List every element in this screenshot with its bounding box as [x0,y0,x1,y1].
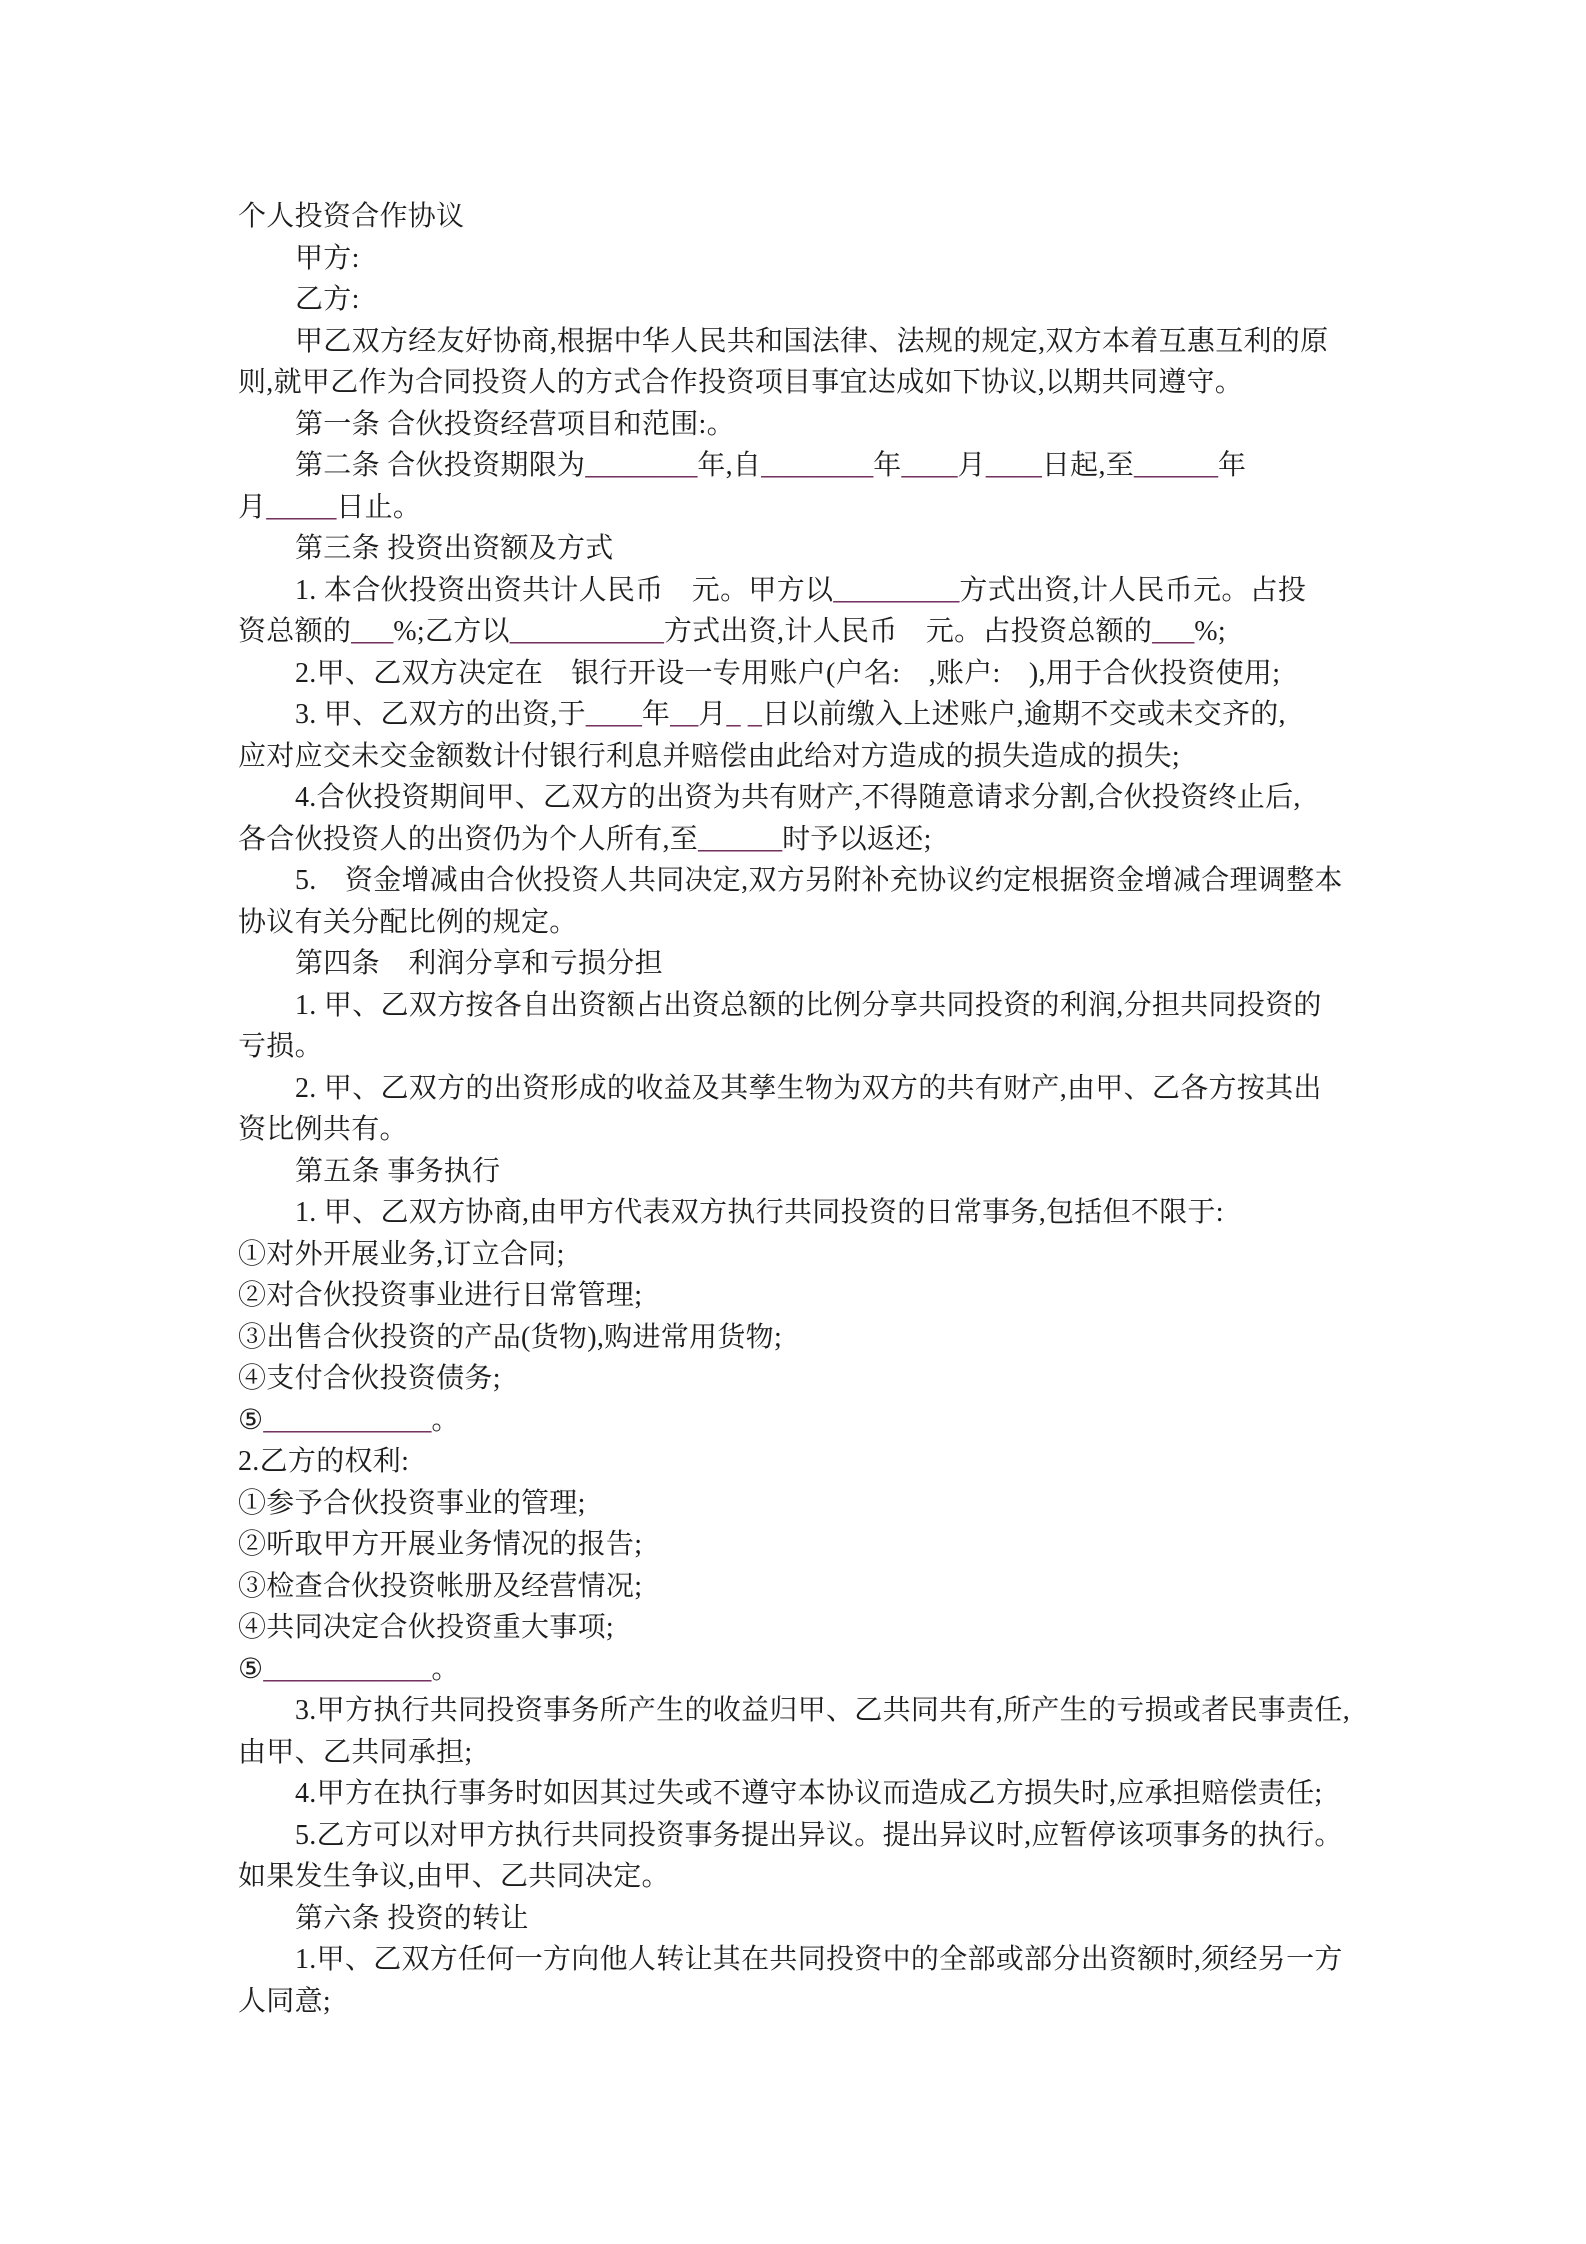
document-line: 2.乙方的权利: [238,1441,1353,1483]
fill-in-blank: ____ [586,699,642,730]
document-line: 3.甲方执行共同投资事务所产生的收益归甲、乙共同共有,所产生的亏损或者民事责任, [238,1690,1353,1732]
document-line: ①对外开展业务,订立合同; [238,1234,1353,1276]
document-line: 资比例共有。 [238,1109,1353,1151]
document-line: 第三条 投资出资额及方式 [238,528,1353,570]
document-line: ⑤____________。 [238,1400,1353,1442]
fill-in-blank: ___________ [510,616,664,647]
document-line: 第五条 事务执行 [238,1151,1353,1193]
contract-document: 个人投资合作协议甲方:乙方:甲乙双方经友好协商,根据中华人民共和国法律、法规的规… [238,196,1353,2022]
document-line: ④支付合伙投资债务; [238,1358,1353,1400]
document-line: 1.甲、乙双方任何一方向他人转让其在共同投资中的全部或部分出资额时,须经另一方 [238,1939,1353,1981]
document-line: 乙方: [238,279,1353,321]
document-line: 1. 本合伙投资出资共计人民币 元。甲方以_________方式出资,计人民币元… [238,570,1353,612]
document-line: 人同意; [238,1981,1353,2023]
fill-in-blank: ____ [902,450,958,481]
document-line: 1. 甲、乙双方按各自出资额占出资总额的比例分享共同投资的利润,分担共同投资的 [238,985,1353,1027]
document-line: ①参予合伙投资事业的管理; [238,1483,1353,1525]
document-line: 资总额的___%;乙方以___________方式出资,计人民币 元。占投资总额… [238,611,1353,653]
document-title: 个人投资合作协议 [238,196,1353,238]
document-line: 应对应交未交金额数计付银行利息并赔偿由此给对方造成的损失造成的损失; [238,736,1353,778]
document-line: 第一条 合伙投资经营项目和范围:。 [238,404,1353,446]
fill-in-blank: ____________ [263,1654,431,1685]
fill-in-blank: ______ [1134,450,1218,481]
document-line: 亏损。 [238,1026,1353,1068]
document-line: ④共同决定合伙投资重大事项; [238,1607,1353,1649]
document-line: 则,就甲乙作为合同投资人的方式合作投资项目事宜达成如下协议,以期共同遵守。 [238,362,1353,404]
fill-in-blank: ________ [761,450,873,481]
document-line: 4.合伙投资期间甲、乙双方的出资为共有财产,不得随意请求分割,合伙投资终止后, [238,777,1353,819]
document-line: 4.甲方在执行事务时如因其过失或不遵守本协议而造成乙方损失时,应承担赔偿责任; [238,1773,1353,1815]
fill-in-blank: ___ [1152,616,1194,647]
fill-in-blank: _ [748,699,762,730]
document-line: 5.乙方可以对甲方执行共同投资事务提出异议。提出异议时,应暂停该项事务的执行。 [238,1815,1353,1857]
document-line: 甲方: [238,238,1353,280]
fill-in-blank: ___ [351,616,393,647]
document-line: ⑤____________。 [238,1649,1353,1691]
document-line: 1. 甲、乙双方协商,由甲方代表双方执行共同投资的日常事务,包括但不限于: [238,1192,1353,1234]
fill-in-blank: _ [727,699,741,730]
document-line: 3. 甲、乙双方的出资,于____年__月_ _日以前缴入上述账户,逾期不交或未… [238,694,1353,736]
document-line: 月_____日止。 [238,487,1353,529]
document-line: 甲乙双方经友好协商,根据中华人民共和国法律、法规的规定,双方本着互惠互利的原 [238,321,1353,363]
document-line: ②对合伙投资事业进行日常管理; [238,1275,1353,1317]
fill-in-blank: _____ [266,492,336,523]
document-line: ③出售合伙投资的产品(货物),购进常用货物; [238,1317,1353,1359]
document-line: ②听取甲方开展业务情况的报告; [238,1524,1353,1566]
fill-in-blank: ____ [986,450,1042,481]
document-line: 5. 资金增减由合伙投资人共同决定,双方另附补充协议约定根据资金增减合理调整本 [238,860,1353,902]
document-line: 第二条 合伙投资期限为________年,自________年____月____… [238,445,1353,487]
fill-in-blank: _________ [833,575,959,606]
fill-in-blank: __ [670,699,698,730]
fill-in-blank: ____________ [263,1405,431,1436]
document-line: 各合伙投资人的出资仍为个人所有,至______时予以返还; [238,819,1353,861]
document-line: 2.甲、乙双方决定在 银行开设一专用账户(户名: ,账户: ),用于合伙投资使用… [238,653,1353,695]
fill-in-blank: ______ [698,824,782,855]
document-line: 第六条 投资的转让 [238,1898,1353,1940]
document-line: ③检查合伙投资帐册及经营情况; [238,1566,1353,1608]
fill-in-blank: ________ [585,450,697,481]
document-line: 由甲、乙共同承担; [238,1732,1353,1774]
document-line: 第四条 利润分享和亏损分担 [238,943,1353,985]
document-line: 协议有关分配比例的规定。 [238,902,1353,944]
document-line: 2. 甲、乙双方的出资形成的收益及其孳生物为双方的共有财产,由甲、乙各方按其出 [238,1068,1353,1110]
document-line: 如果发生争议,由甲、乙共同决定。 [238,1856,1353,1898]
